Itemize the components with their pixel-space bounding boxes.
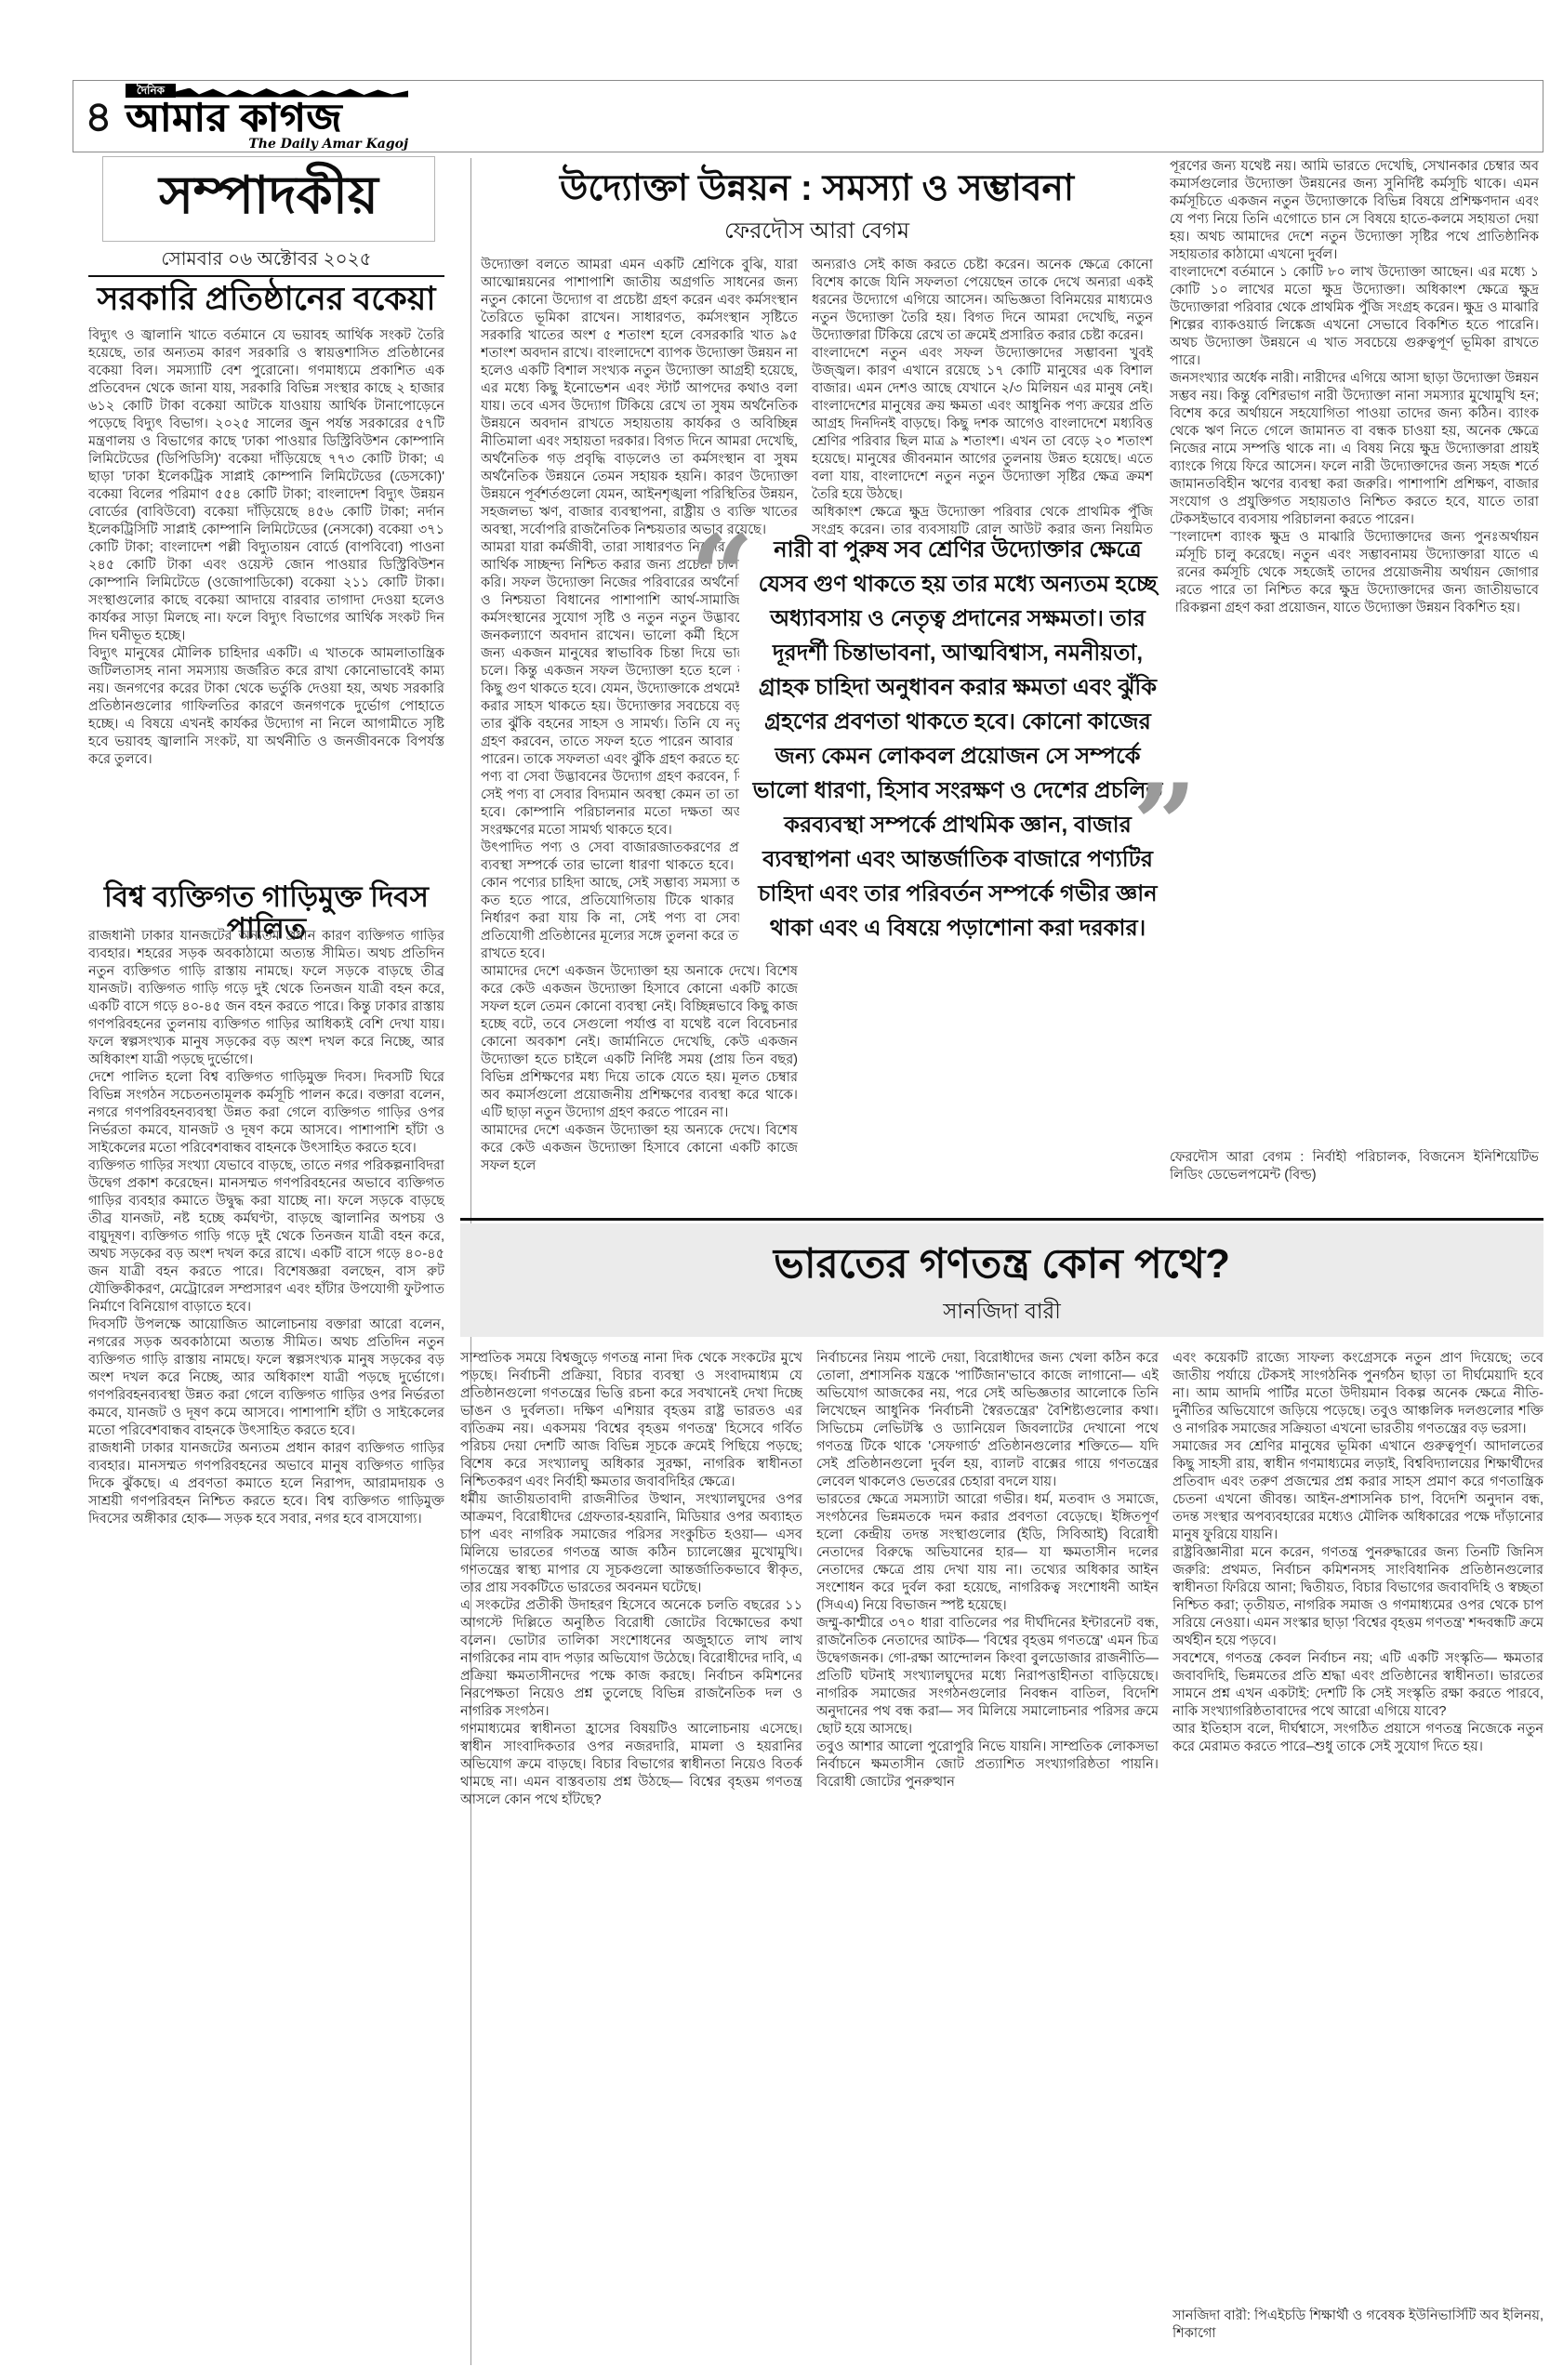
india-column-3: এবং কয়েকটি রাজ্যে সাফল্য কংগ্রেসকে নতুন…: [1172, 1350, 1543, 2304]
paper-title-english: The Daily Amar Kagoj: [126, 138, 408, 151]
feature-author-credit: ফেরদৌস আরা বেগম : নির্বাহী পরিচালক, বিজন…: [1170, 1149, 1539, 1203]
pull-quote-box: নারী বা পুরুষ সব শ্রেণির উদ্যোক্তার ক্ষে…: [739, 535, 1176, 944]
paper-title-bengali: আমার কাগজ: [126, 99, 408, 138]
torn-edge-decoration: [176, 88, 408, 98]
india-column-2: নির্বাচনের নিয়ম পাল্টে দেয়া, বিরোধীদের…: [816, 1350, 1159, 2365]
india-author-credit: সানজিদা বারী: পিএইচডি শিক্ষার্থী ও গবেষক…: [1172, 2307, 1543, 2361]
newspaper-page: ৪ দৈনিক আমার কাগজ The Daily Amar Kagoj স…: [0, 0, 1550, 2380]
editorial-section-box: সম্পাদকীয়: [102, 156, 435, 242]
close-quote-icon: ”: [1133, 770, 1197, 881]
edition-date: সোমবার ০৬ অক্টোবর ২০২৫: [88, 245, 444, 276]
masthead: ৪ দৈনিক আমার কাগজ The Daily Amar Kagoj: [73, 80, 1543, 152]
editorial-section-title: সম্পাদকীয়: [159, 155, 378, 243]
india-top-rule: [460, 1218, 1543, 1221]
open-quote-icon: “: [690, 521, 754, 632]
editorial-article2-body: রাজধানী ঢাকার যানজটের অন্যতম প্রধান কারণ…: [88, 928, 444, 2365]
india-headline: ভারতের গণতন্ত্র কোন পথে?: [460, 1233, 1543, 1301]
editorial-article1-headline: সরকারি প্রতিষ্ঠানের বকেয়া: [88, 282, 444, 318]
editorial-article1-body: বিদ্যুৎ ও জ্বালানি খাতে বর্তমানে যে ভয়া…: [88, 327, 444, 878]
india-byline: সানজিদা বারী: [460, 1294, 1543, 1330]
editorial-rule: [88, 275, 444, 277]
page-number: ৪: [85, 95, 113, 138]
newspaper-logo: দৈনিক আমার কাগজ The Daily Amar Kagoj: [126, 83, 408, 151]
feature-column-3: পূরণের জন্য যথেষ্ট নয়। আমি ভারতে দেখেছি…: [1170, 158, 1539, 1145]
feature-headline: উদ্যোক্তা উন্নয়ন : সমস্যা ও সম্ভাবনা: [481, 160, 1153, 220]
india-column-1: সাম্প্রতিক সময়ে বিশ্বজুড়ে গণতন্ত্র নান…: [460, 1350, 802, 2365]
feature-byline: ফেরদৌস আরা বেগম: [481, 214, 1153, 251]
pull-quote-text: নারী বা পুরুষ সব শ্রেণির উদ্যোক্তার ক্ষে…: [752, 533, 1163, 945]
